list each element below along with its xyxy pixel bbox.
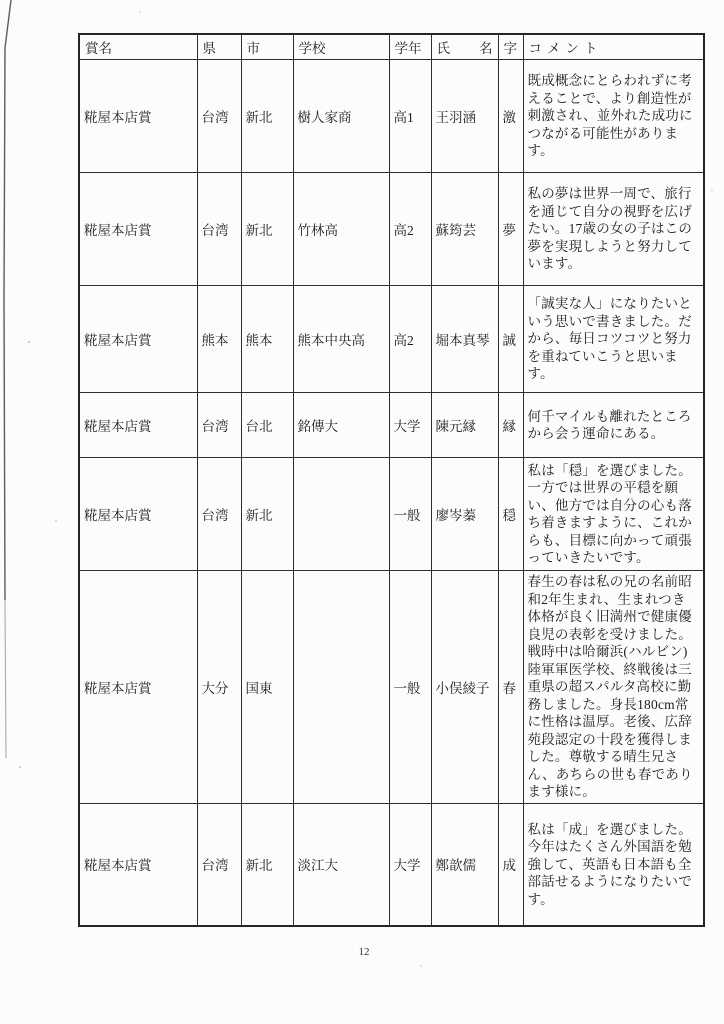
cell-school bbox=[293, 458, 389, 571]
table-row: 糀屋本店賞 台湾 新北 淡江大 大学 鄭歆儒 成 私は「成」を選びました。今年は… bbox=[79, 803, 704, 926]
table-header-row: 賞名 県 市 学校 学年 氏 名 字 コメント bbox=[79, 34, 704, 60]
cell-city: 新北 bbox=[241, 60, 293, 173]
cell-prefecture: 台湾 bbox=[197, 60, 241, 173]
cell-city: 新北 bbox=[241, 803, 293, 926]
cell-school: 樹人家商 bbox=[293, 60, 389, 173]
cell-prefecture: 台湾 bbox=[197, 803, 241, 926]
cell-comment: 私の夢は世界一周で、旅行を通じて自分の視野を広げたい。17歳の女の子はこの夢を実… bbox=[523, 173, 704, 286]
cell-prefecture: 大分 bbox=[197, 571, 241, 804]
cell-character: 誠 bbox=[498, 286, 523, 393]
cell-school: 熊本中央高 bbox=[293, 286, 389, 393]
table-row: 糀屋本店賞 台湾 新北 一般 廖岑蓁 穏 私は「穏」を選びました。一方では世界の… bbox=[79, 458, 704, 571]
cell-city: 国東 bbox=[241, 571, 293, 804]
cell-comment: 「誠実な人」になりたいという思いで書きました。だから、毎日コツコツと努力を重ねて… bbox=[523, 286, 704, 393]
cell-comment: 何千マイルも離れたところから会う運命にある。 bbox=[523, 393, 704, 458]
scanned-document-page: 賞名 県 市 学校 学年 氏 名 字 コメント 糀屋本店賞 台湾 新北 樹人家商… bbox=[0, 0, 724, 1024]
cell-character: 成 bbox=[498, 803, 523, 926]
cell-prefecture: 熊本 bbox=[197, 286, 241, 393]
cell-character: 縁 bbox=[498, 393, 523, 458]
column-header-award: 賞名 bbox=[79, 34, 197, 60]
cell-grade: 高1 bbox=[389, 60, 431, 173]
cell-comment: 私は「穏」を選びました。一方では世界の平穏を願い、他方では自分の心も落ち着きます… bbox=[523, 458, 704, 571]
cell-name: 王羽涵 bbox=[431, 60, 498, 173]
table-row: 糀屋本店賞 台湾 新北 竹林高 高2 蘇筠芸 夢 私の夢は世界一周で、旅行を通じ… bbox=[79, 173, 704, 286]
table-row: 糀屋本店賞 台湾 台北 銘傳大 大学 陳元縁 縁 何千マイルも離れたところから会… bbox=[79, 393, 704, 458]
cell-school: 銘傳大 bbox=[293, 393, 389, 458]
cell-city: 台北 bbox=[241, 393, 293, 458]
cell-grade: 一般 bbox=[389, 571, 431, 804]
cell-name: 廖岑蓁 bbox=[431, 458, 498, 571]
column-header-comment: コメント bbox=[523, 34, 704, 60]
cell-prefecture: 台湾 bbox=[197, 173, 241, 286]
cell-award: 糀屋本店賞 bbox=[79, 173, 197, 286]
cell-comment: 私は「成」を選びました。今年はたくさん外国語を勉強して、英語も日本語も全部話せる… bbox=[523, 803, 704, 926]
cell-award: 糀屋本店賞 bbox=[79, 60, 197, 173]
cell-city: 新北 bbox=[241, 173, 293, 286]
cell-school bbox=[293, 571, 389, 804]
cell-character: 激 bbox=[498, 60, 523, 173]
cell-character: 春 bbox=[498, 571, 523, 804]
cell-character: 穏 bbox=[498, 458, 523, 571]
cell-city: 熊本 bbox=[241, 286, 293, 393]
cell-name: 小俣綾子 bbox=[431, 571, 498, 804]
cell-character: 夢 bbox=[498, 173, 523, 286]
cell-comment: 既成概念にとらわれずに考えることで、より創造性が刺激され、並外れた成功につながる… bbox=[523, 60, 704, 173]
cell-name: 堀本真琴 bbox=[431, 286, 498, 393]
cell-school: 竹林高 bbox=[293, 173, 389, 286]
column-header-grade: 学年 bbox=[389, 34, 431, 60]
cell-award: 糀屋本店賞 bbox=[79, 803, 197, 926]
cell-grade: 大学 bbox=[389, 803, 431, 926]
cell-comment: 春生の春は私の兄の名前昭和2年生まれ、生まれつき体格が良く旧満州で健康優良児の表… bbox=[523, 571, 704, 804]
cell-name: 蘇筠芸 bbox=[431, 173, 498, 286]
cell-award: 糀屋本店賞 bbox=[79, 571, 197, 804]
cell-name: 陳元縁 bbox=[431, 393, 498, 458]
column-header-city: 市 bbox=[241, 34, 293, 60]
cell-school: 淡江大 bbox=[293, 803, 389, 926]
cell-grade: 大学 bbox=[389, 393, 431, 458]
award-table: 賞名 県 市 学校 学年 氏 名 字 コメント 糀屋本店賞 台湾 新北 樹人家商… bbox=[78, 33, 705, 927]
cell-grade: 高2 bbox=[389, 286, 431, 393]
table-row: 糀屋本店賞 大分 国東 一般 小俣綾子 春 春生の春は私の兄の名前昭和2年生まれ… bbox=[79, 571, 704, 804]
cell-award: 糀屋本店賞 bbox=[79, 458, 197, 571]
table-row: 糀屋本店賞 台湾 新北 樹人家商 高1 王羽涵 激 既成概念にとらわれずに考える… bbox=[79, 60, 704, 173]
table-row: 糀屋本店賞 熊本 熊本 熊本中央高 高2 堀本真琴 誠 「誠実な人」になりたいと… bbox=[79, 286, 704, 393]
column-header-school: 学校 bbox=[293, 34, 389, 60]
column-header-name: 氏 名 bbox=[431, 34, 498, 60]
cell-name: 鄭歆儒 bbox=[431, 803, 498, 926]
column-header-character: 字 bbox=[498, 34, 523, 60]
page-number: 12 bbox=[340, 946, 388, 958]
cell-city: 新北 bbox=[241, 458, 293, 571]
cell-award: 糀屋本店賞 bbox=[79, 286, 197, 393]
cell-prefecture: 台湾 bbox=[197, 458, 241, 571]
cell-award: 糀屋本店賞 bbox=[79, 393, 197, 458]
cell-prefecture: 台湾 bbox=[197, 393, 241, 458]
cell-grade: 高2 bbox=[389, 173, 431, 286]
cell-grade: 一般 bbox=[389, 458, 431, 571]
column-header-prefecture: 県 bbox=[197, 34, 241, 60]
